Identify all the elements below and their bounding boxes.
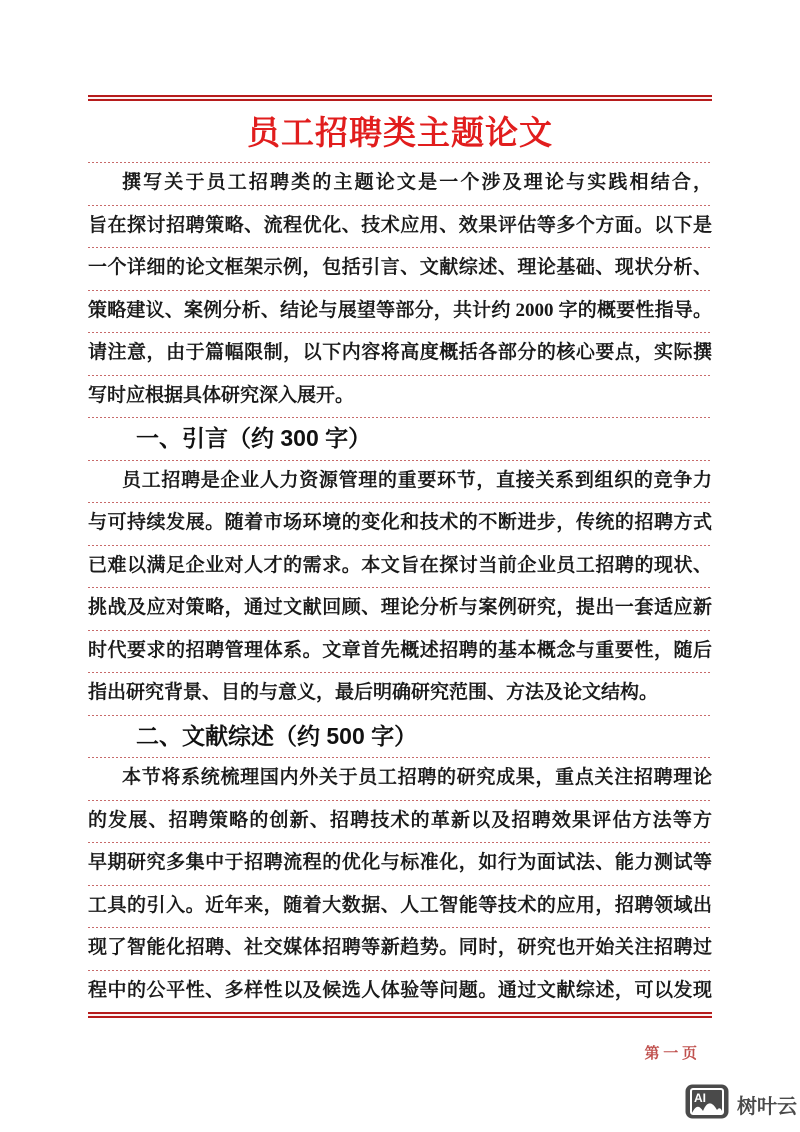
- ruled-line: [88, 162, 712, 163]
- ruled-line: [88, 502, 712, 503]
- body-line: 现了智能化招聘、社交媒体招聘等新趋势。同时，研究也开始关注招聘过: [88, 927, 712, 970]
- body-line: 时代要求的招聘管理体系。文章首先概述招聘的基本概念与重要性，随后: [88, 630, 712, 673]
- ruled-line: [88, 247, 712, 248]
- body-line: 策略建议、案例分析、结论与展望等部分，共计约 2000 字的概要性指导。: [88, 290, 712, 333]
- ruled-line: [88, 800, 712, 801]
- body-line: 工具的引入。近年来，随着大数据、人工智能等技术的应用，招聘领域出: [88, 885, 712, 928]
- body-line: 一个详细的论文框架示例，包括引言、文献综述、理论基础、现状分析、: [88, 247, 712, 290]
- watermark: AI 树叶云: [685, 1084, 797, 1124]
- ruled-line: [88, 545, 712, 546]
- svg-text:AI: AI: [694, 1091, 706, 1105]
- body-line: 指出研究背景、目的与意义，最后明确研究范围、方法及论文结构。: [88, 672, 712, 715]
- page-number: 第 一 页: [644, 1042, 697, 1063]
- body-line: 挑战及应对策略，通过文献回顾、理论分析与案例研究，提出一套适应新: [88, 587, 712, 630]
- body-line: 早期研究多集中于招聘流程的优化与标准化，如行为面试法、能力测试等: [88, 842, 712, 885]
- ruled-line: [88, 715, 712, 716]
- ruled-line: [88, 587, 712, 588]
- body-line: 写时应根据具体研究深入展开。: [88, 375, 712, 418]
- body-line: 撰写关于员工招聘类的主题论文是一个涉及理论与实践相结合，: [88, 162, 712, 205]
- document-title: 员工招聘类主题论文: [88, 101, 712, 162]
- body-line: 员工招聘是企业人力资源管理的重要环节，直接关系到组织的竞争力: [88, 460, 712, 503]
- ruled-line: [88, 842, 712, 843]
- ruled-line: [88, 332, 712, 333]
- ruled-line: [88, 927, 712, 928]
- content-area: 员工招聘类主题论文 撰写关于员工招聘类的主题论文是一个涉及理论与实践相结合， 旨…: [88, 95, 712, 1012]
- body-line: 已难以满足企业对人才的需求。本文旨在探讨当前企业员工招聘的现状、: [88, 545, 712, 588]
- body-line: 本节将系统梳理国内外关于员工招聘的研究成果，重点关注招聘理论: [88, 757, 712, 800]
- ruled-line: [88, 375, 712, 376]
- ruled-line: [88, 417, 712, 418]
- document-page: 员工招聘类主题论文 撰写关于员工招聘类的主题论文是一个涉及理论与实践相结合， 旨…: [0, 0, 800, 1132]
- ruled-line: [88, 885, 712, 886]
- body-line: 旨在探讨招聘策略、流程优化、技术应用、效果评估等多个方面。以下是: [88, 205, 712, 248]
- body-line: 请注意，由于篇幅限制，以下内容将高度概括各部分的核心要点，实际撰: [88, 332, 712, 375]
- bottom-double-border: [88, 1012, 712, 1018]
- body-line: 与可持续发展。随着市场环境的变化和技术的不断进步，传统的招聘方式: [88, 502, 712, 545]
- watermark-label: 树叶云: [737, 1090, 797, 1119]
- ruled-line: [88, 460, 712, 461]
- ruled-line: [88, 757, 712, 758]
- ruled-line: [88, 630, 712, 631]
- body-line: 的发展、招聘策略的创新、招聘技术的革新以及招聘效果评估方法等方面。: [88, 800, 712, 843]
- ruled-line: [88, 205, 712, 206]
- ruled-line: [88, 672, 712, 673]
- ai-image-icon: AI: [685, 1084, 729, 1124]
- section-heading-literature-review: 二、文献综述（约 500 字）: [88, 715, 712, 758]
- body-line: 程中的公平性、多样性以及候选人体验等问题。通过文献综述，可以发现: [88, 970, 712, 1013]
- ruled-line: [88, 970, 712, 971]
- ruled-line: [88, 290, 712, 291]
- section-heading-introduction: 一、引言（约 300 字）: [88, 417, 712, 460]
